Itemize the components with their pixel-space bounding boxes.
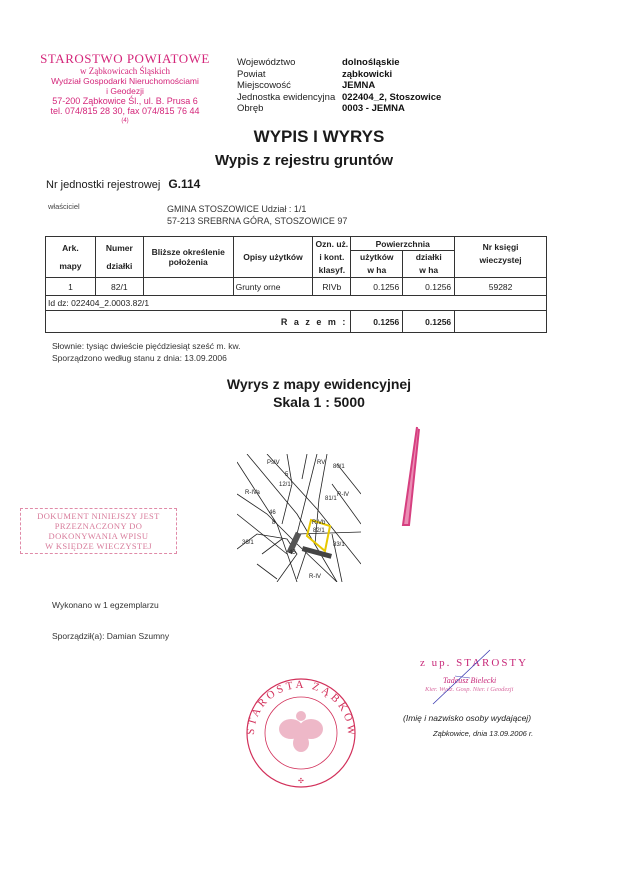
svg-text:RIVb: RIVb (312, 520, 326, 526)
svg-text:R-IV: R-IV (309, 574, 321, 580)
svg-text:12/1: 12/1 (279, 482, 291, 488)
registry-unit-label: Nr jednostki rejestrowej (46, 179, 160, 191)
svg-text:PsIV: PsIV (267, 460, 280, 466)
office-city: w Ząbkowicach Śląskich (40, 66, 210, 76)
svg-text:46: 46 (269, 510, 276, 516)
svg-text:45: 45 (289, 550, 296, 556)
svg-text:83/1: 83/1 (333, 542, 345, 548)
header-ark: Ark.mapy (46, 237, 96, 278)
ledger-entry-stamp: DOKUMENT NINIEJSZY JEST PRZEZNACZONY DO … (20, 508, 177, 554)
registry-unit: Nr jednostki rejestrowejG.114 (46, 177, 200, 191)
office-name: STAROSTWO POWIATOWE (40, 52, 210, 66)
svg-text:✣: ✣ (298, 777, 304, 785)
svg-text:80/1: 80/1 (333, 464, 345, 470)
table-row: 1 82/1 Grunty orne RIVb 0.1256 0.1256 59… (46, 278, 547, 296)
map-excerpt-heading: Wyrys z mapy ewidencyjnej Skala 1 : 5000 (0, 375, 638, 411)
office-phone: tel. 074/815 28 30, fax 074/815 76 44 (40, 106, 210, 116)
id-row: Id dz: 022404_2.0003.82/1 (46, 296, 547, 311)
header-powierzchnia: Powierzchnia (351, 237, 455, 251)
svg-text:82/1: 82/1 (313, 528, 325, 534)
meta-row: Województwodolnośląskie (237, 57, 441, 69)
copies-note: Wykonano w 1 egzemplarzu (52, 600, 159, 610)
total-dzialki: 0.1256 (403, 311, 455, 333)
svg-text:R-IV: R-IV (337, 492, 349, 498)
owner-label: właściciel (48, 202, 80, 211)
office-address: 57-200 Ząbkowice Śl., ul. B. Prusa 6 (40, 96, 210, 106)
official-seal: STAROSTA ZĄBKOWICKI ✣ (236, 671, 366, 789)
svg-text:81/1: 81/1 (325, 496, 337, 502)
header-ksiega: Nr księgiwieczystej (455, 237, 547, 278)
document-subtitle: Wypis z rejestru gruntów (0, 152, 608, 169)
office-dept: Wydział Gospodarki Nieruchomościami (40, 76, 210, 86)
place-and-date: Ząbkowice, dnia 13.09.2006 r. (433, 729, 533, 738)
header-uzytkow: użytkóww ha (351, 251, 403, 278)
header-numer: Numerdziałki (95, 237, 143, 278)
signature-scribble (425, 648, 495, 708)
total-row: R a z e m : 0.1256 0.1256 (46, 311, 547, 333)
parcel-id: Id dz: 022404_2.0003.82/1 (46, 296, 547, 311)
meta-row: Obręb0003 - JEMNA (237, 103, 441, 115)
owner-line-1: GMINA STOSZOWICE Udział : 1/1 (167, 203, 347, 215)
total-uzytkow: 0.1256 (351, 311, 403, 333)
owner-info: GMINA STOSZOWICE Udział : 1/1 57-213 SRE… (167, 203, 347, 227)
total-label: R a z e m : (46, 311, 351, 333)
svg-text:RV: RV (317, 460, 325, 466)
office-code: (4) (40, 116, 210, 126)
owner-line-2: 57-213 SREBRNA GÓRA, STOSZOWICE 97 (167, 215, 347, 227)
header-dzialki: działkiw ha (403, 251, 455, 278)
prepared-date: Sporządzono według stanu z dnia: 13.09.2… (52, 352, 241, 364)
meta-row: Powiatząbkowicki (237, 69, 441, 81)
header-ozn: Ozn. uż. (313, 237, 351, 251)
map-title: Wyrys z mapy ewidencyjnej (0, 375, 638, 393)
prepared-by: Sporządził(a): Damian Szumny (52, 631, 169, 641)
office-stamp: STAROSTWO POWIATOWE w Ząbkowicach Śląski… (40, 52, 210, 126)
office-dept-2: i Geodezji (40, 86, 210, 96)
map-scale: Skala 1 : 5000 (0, 393, 638, 411)
header-opisy: Opisy użytków (233, 237, 313, 278)
svg-text:36/1: 36/1 (242, 540, 254, 546)
header-ozn-2: i kont.klasyf. (313, 251, 351, 278)
pen-mark (395, 425, 425, 540)
signatory-caption: (Imię i nazwisko osoby wydającej) (403, 713, 531, 723)
land-registry-table: Ark.mapy Numerdziałki Bliższe określenie… (45, 236, 547, 333)
location-metadata: Województwodolnośląskie Powiatząbkowicki… (237, 57, 441, 115)
cadastral-map: PsIV5RV80/1 R-IVa12/181/1R-IV 82/1RIVb46… (237, 454, 361, 582)
meta-row: Jednostka ewidencyjna022404_2, Stoszowic… (237, 92, 441, 104)
registry-unit-value: G.114 (168, 177, 200, 191)
area-in-words: Słownie: tysiąc dwieście pięćdziesiąt sz… (52, 340, 241, 364)
document-title: WYPIS I WYRYS (0, 127, 638, 147)
meta-row: MiejscowośćJEMNA (237, 80, 441, 92)
svg-text:R-IVa: R-IVa (245, 490, 261, 496)
header-blizsze: Bliższe określenie położenia (143, 237, 233, 278)
